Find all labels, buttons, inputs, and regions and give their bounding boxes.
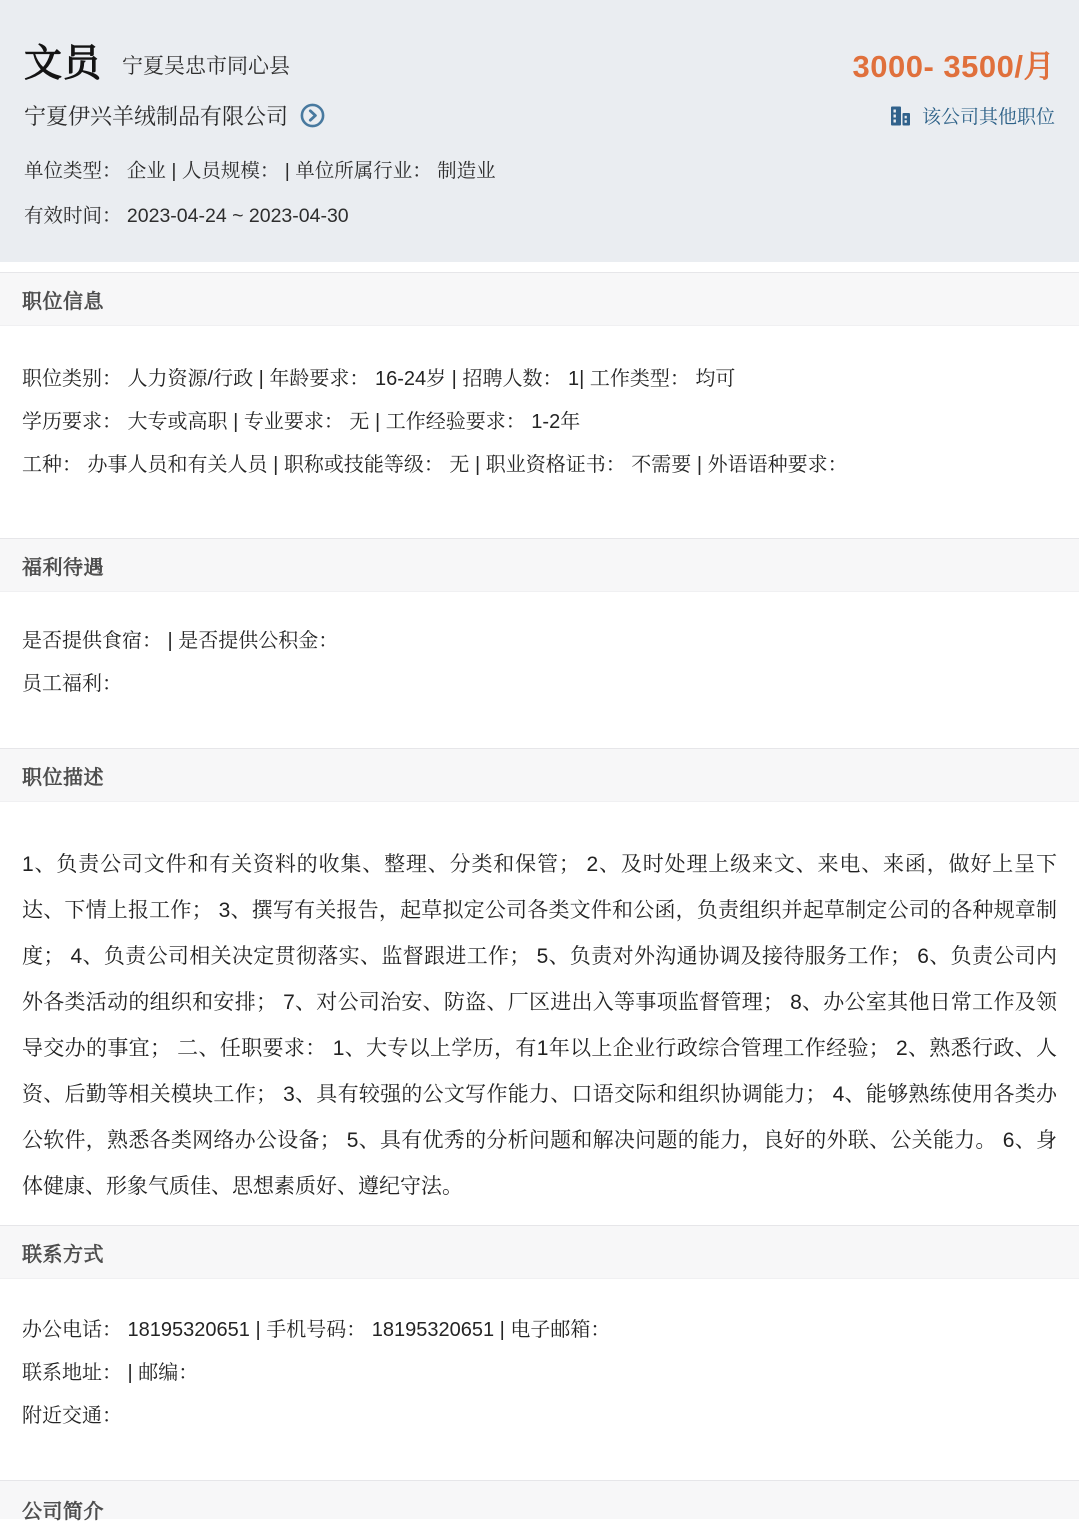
section-title-welfare: 福利待遇 bbox=[22, 551, 104, 580]
section-title-company-intro: 公司简介 bbox=[22, 1495, 104, 1522]
section-title-contact: 联系方式 bbox=[22, 1238, 104, 1267]
other-jobs-label: 该公司其他职位 bbox=[922, 102, 1055, 129]
contact-line-transport: 附近交通： bbox=[22, 1404, 1057, 1428]
section-bar-description: 职位描述 bbox=[0, 748, 1079, 802]
chevron-right-circle-icon[interactable] bbox=[299, 102, 326, 129]
valid-time-line: 有效时间： 2023-04-24 ~ 2023-04-30 bbox=[24, 200, 1055, 228]
section-title-job-info: 职位信息 bbox=[22, 285, 104, 314]
section-title-description: 职位描述 bbox=[22, 761, 104, 790]
company-name: 宁夏伊兴羊绒制品有限公司 bbox=[24, 100, 288, 131]
other-jobs-link[interactable]: 该公司其他职位 bbox=[887, 102, 1055, 129]
company-building-icon bbox=[887, 103, 913, 129]
section-bar-welfare: 福利待遇 bbox=[0, 538, 1079, 592]
section-bar-job-info: 职位信息 bbox=[0, 272, 1079, 326]
job-info-line-3: 工种： 办事人员和有关人员 | 职称或技能等级： 无 | 职业资格证书： 不需要… bbox=[22, 453, 1057, 477]
job-title: 文员 bbox=[24, 45, 102, 83]
title-row: 文员 宁夏吴忠市同心县 3000- 3500/月 bbox=[24, 45, 1055, 83]
contact-line-address: 联系地址： | 邮编： bbox=[22, 1361, 1057, 1385]
job-detail-page: 文员 宁夏吴忠市同心县 3000- 3500/月 宁夏伊兴羊绒制品有限公司 bbox=[0, 0, 1079, 1519]
unit-meta-line: 单位类型： 企业 | 人员规模： | 单位所属行业： 制造业 bbox=[24, 155, 1055, 183]
job-location: 宁夏吴忠市同心县 bbox=[122, 50, 290, 83]
job-description-text: 1、负责公司文件和有关资料的收集、整理、分类和保管； 2、及时处理上级来文、来电… bbox=[22, 842, 1057, 1210]
welfare-content: 是否提供食宿： | 是否提供公积金： 员工福利： bbox=[0, 592, 1079, 748]
job-info-line-2: 学历要求： 大专或高职 | 专业要求： 无 | 工作经验要求： 1-2年 bbox=[22, 410, 1057, 434]
job-info-content: 职位类别： 人力资源/行政 | 年龄要求： 16-24岁 | 招聘人数： 1| … bbox=[0, 326, 1079, 538]
job-header: 文员 宁夏吴忠市同心县 3000- 3500/月 宁夏伊兴羊绒制品有限公司 bbox=[0, 0, 1079, 262]
company-link[interactable]: 宁夏伊兴羊绒制品有限公司 bbox=[24, 100, 326, 131]
section-bar-contact: 联系方式 bbox=[0, 1225, 1079, 1279]
description-content: 1、负责公司文件和有关资料的收集、整理、分类和保管； 2、及时处理上级来文、来电… bbox=[0, 802, 1079, 1225]
salary-range: 3000- 3500/月 bbox=[853, 51, 1055, 83]
job-info-line-1: 职位类别： 人力资源/行政 | 年龄要求： 16-24岁 | 招聘人数： 1| … bbox=[22, 367, 1057, 391]
company-row: 宁夏伊兴羊绒制品有限公司 bbox=[24, 100, 1055, 131]
contact-content: 办公电话： 18195320651 | 手机号码： 18195320651 | … bbox=[0, 1279, 1079, 1480]
contact-line-phone: 办公电话： 18195320651 | 手机号码： 18195320651 | … bbox=[22, 1318, 1057, 1342]
header-divider-gap bbox=[0, 262, 1079, 272]
welfare-line-2: 员工福利： bbox=[22, 672, 1057, 696]
section-bar-company-intro: 公司简介 bbox=[0, 1480, 1079, 1519]
welfare-line-1: 是否提供食宿： | 是否提供公积金： bbox=[22, 629, 1057, 653]
